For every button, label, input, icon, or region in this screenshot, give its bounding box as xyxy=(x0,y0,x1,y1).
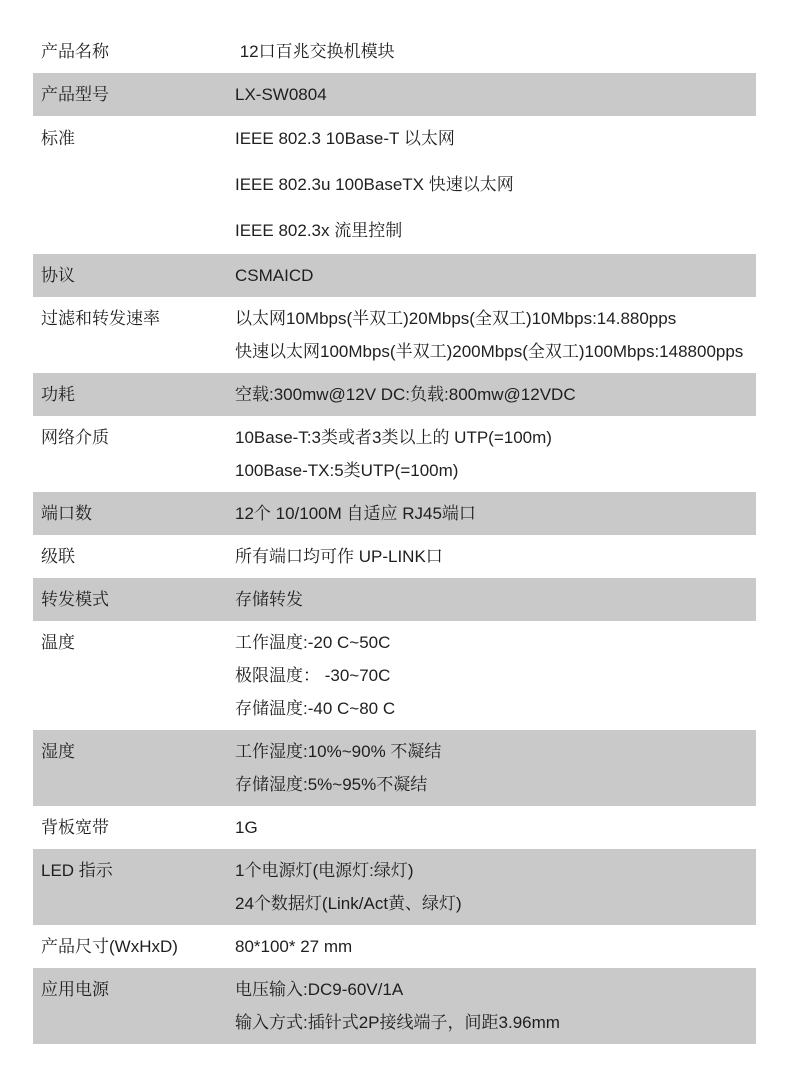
spec-value-line: 24个数据灯(Link/Act黄、绿灯) xyxy=(235,887,756,920)
spec-value: 1个电源灯(电源灯:绿灯) 24个数据灯(Link/Act黄、绿灯) xyxy=(235,854,756,920)
spec-label: 网络介质 xyxy=(33,421,235,454)
spec-row-backplane-bandwidth: 背板宽带 1G xyxy=(33,806,756,849)
spec-label: 背板宽带 xyxy=(33,811,235,844)
spec-row-forwarding-rate: 过滤和转发速率 以太网10Mbps(半双工)20Mbps(全双工)10Mbps:… xyxy=(33,297,756,373)
spec-value: CSMAICD xyxy=(235,259,756,292)
spec-label: 过滤和转发速率 xyxy=(33,302,235,335)
spec-value: 电压输入:DC9-60V/1A 输入方式:插针式2P接线端子，间距3.96mm xyxy=(235,973,756,1039)
spec-value: 12口百兆交换机模块 xyxy=(235,35,756,68)
spec-row-standards: 标准 IEEE 802.3 10Base-T 以太网 IEEE 802.3u 1… xyxy=(33,116,756,254)
spec-row-uplink: 级联 所有端口均可作 UP-LINK口 xyxy=(33,535,756,578)
spec-value: 80*100* 27 mm xyxy=(235,930,756,963)
spec-label: 端口数 xyxy=(33,497,235,530)
spec-value-line: 80*100* 27 mm xyxy=(235,930,756,963)
product-spec-table: 产品名称 12口百兆交换机模块 产品型号 LX-SW0804 标准 IEEE 8… xyxy=(33,30,756,1044)
spec-value-line: 工作湿度:10%~90% 不凝结 xyxy=(235,735,756,768)
spec-row-protocol: 协议 CSMAICD xyxy=(33,254,756,297)
spec-label: 转发模式 xyxy=(33,583,235,616)
spec-row-forwarding-mode: 转发模式 存储转发 xyxy=(33,578,756,621)
spec-label: 产品名称 xyxy=(33,35,235,68)
spec-value-line: 工作温度:-20 C~50C xyxy=(235,626,756,659)
spec-value-line: 100Base-TX:5类UTP(=100m) xyxy=(235,454,756,487)
spec-value-line: 存储转发 xyxy=(235,583,756,616)
spec-row-temperature: 温度 工作温度:-20 C~50C 极限温度： -30~70C 存储温度:-40… xyxy=(33,621,756,730)
spec-label: 产品型号 xyxy=(33,78,235,111)
spec-value-line: 存储温度:-40 C~80 C xyxy=(235,692,756,725)
spec-row-dimensions: 产品尺寸(WxHxD) 80*100* 27 mm xyxy=(33,925,756,968)
spec-value-line: 快速以太网100Mbps(半双工)200Mbps(全双工)100Mbps:148… xyxy=(235,335,756,368)
spec-row-led-indicators: LED 指示 1个电源灯(电源灯:绿灯) 24个数据灯(Link/Act黄、绿灯… xyxy=(33,849,756,925)
spec-value-line: IEEE 802.3x 流里控制 xyxy=(235,208,756,254)
spec-row-power-consumption: 功耗 空载:300mw@12V DC:负载:800mw@12VDC xyxy=(33,373,756,416)
spec-row-network-media: 网络介质 10Base-T:3类或者3类以上的 UTP(=100m) 100Ba… xyxy=(33,416,756,492)
spec-value-line: 1个电源灯(电源灯:绿灯) xyxy=(235,854,756,887)
spec-row-product-model: 产品型号 LX-SW0804 xyxy=(33,73,756,116)
spec-row-power-supply: 应用电源 电压输入:DC9-60V/1A 输入方式:插针式2P接线端子，间距3.… xyxy=(33,968,756,1044)
spec-label: 产品尺寸(WxHxD) xyxy=(33,930,235,963)
spec-value-line: 空载:300mw@12V DC:负载:800mw@12VDC xyxy=(235,378,756,411)
spec-label: LED 指示 xyxy=(33,854,235,887)
spec-row-humidity: 湿度 工作湿度:10%~90% 不凝结 存储湿度:5%~95%不凝结 xyxy=(33,730,756,806)
spec-value: 12个 10/100M 自适应 RJ45端口 xyxy=(235,497,756,530)
spec-value-line: 电压输入:DC9-60V/1A xyxy=(235,973,756,1006)
spec-label: 温度 xyxy=(33,626,235,659)
spec-label: 标准 xyxy=(33,116,235,162)
spec-value-line: 10Base-T:3类或者3类以上的 UTP(=100m) xyxy=(235,421,756,454)
spec-value-line: 输入方式:插针式2P接线端子，间距3.96mm xyxy=(235,1006,756,1039)
spec-value: 10Base-T:3类或者3类以上的 UTP(=100m) 100Base-TX… xyxy=(235,421,756,487)
spec-value-line: LX-SW0804 xyxy=(235,78,756,111)
spec-value-line: IEEE 802.3u 100BaseTX 快速以太网 xyxy=(235,162,756,208)
spec-value: 工作湿度:10%~90% 不凝结 存储湿度:5%~95%不凝结 xyxy=(235,735,756,801)
spec-value: 空载:300mw@12V DC:负载:800mw@12VDC xyxy=(235,378,756,411)
spec-label: 湿度 xyxy=(33,735,235,768)
spec-value: IEEE 802.3 10Base-T 以太网 IEEE 802.3u 100B… xyxy=(235,116,756,254)
spec-label: 应用电源 xyxy=(33,973,235,1006)
spec-value-line: CSMAICD xyxy=(235,259,756,292)
spec-row-port-count: 端口数 12个 10/100M 自适应 RJ45端口 xyxy=(33,492,756,535)
spec-value-line: 极限温度： -30~70C xyxy=(235,659,756,692)
spec-value: 所有端口均可作 UP-LINK口 xyxy=(235,540,756,573)
spec-value: LX-SW0804 xyxy=(235,78,756,111)
spec-value: 1G xyxy=(235,811,756,844)
spec-value-line: 存储湿度:5%~95%不凝结 xyxy=(235,768,756,801)
spec-label: 级联 xyxy=(33,540,235,573)
spec-value: 工作温度:-20 C~50C 极限温度： -30~70C 存储温度:-40 C~… xyxy=(235,626,756,725)
spec-value-line: 所有端口均可作 UP-LINK口 xyxy=(235,540,756,573)
spec-label: 协议 xyxy=(33,259,235,292)
spec-value: 以太网10Mbps(半双工)20Mbps(全双工)10Mbps:14.880pp… xyxy=(235,302,756,368)
spec-value-line: 1G xyxy=(235,811,756,844)
spec-value-line: 12个 10/100M 自适应 RJ45端口 xyxy=(235,497,756,530)
spec-value-line: IEEE 802.3 10Base-T 以太网 xyxy=(235,116,756,162)
spec-label: 功耗 xyxy=(33,378,235,411)
spec-row-product-name: 产品名称 12口百兆交换机模块 xyxy=(33,30,756,73)
spec-value: 存储转发 xyxy=(235,583,756,616)
spec-value-line: 以太网10Mbps(半双工)20Mbps(全双工)10Mbps:14.880pp… xyxy=(235,302,756,335)
spec-value-line: 12口百兆交换机模块 xyxy=(235,35,756,68)
